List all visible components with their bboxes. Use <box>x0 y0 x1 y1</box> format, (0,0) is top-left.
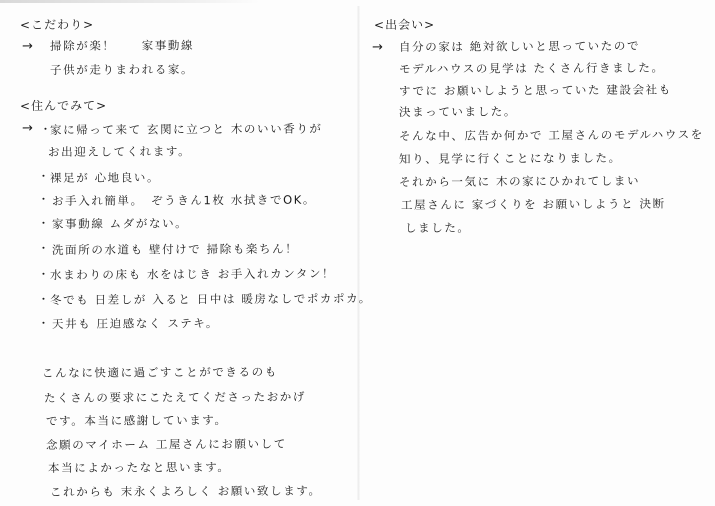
deai-line-6: 知り、見学に行くことになりました。 <box>399 153 622 166</box>
arrow-icon: → <box>22 40 33 53</box>
scan-edge-shadow <box>0 0 260 3</box>
arrow-icon: → <box>372 41 383 54</box>
deai-line-2: モデルハウスの見学は たくさん行きました。 <box>399 63 665 76</box>
deai-line-8: 工屋さんに 家づくりを お願いしようと 決断 <box>401 199 666 212</box>
experience-item-8: 天井も 圧迫感なく ステキ。 <box>52 318 219 330</box>
experience-item-5: 洗面所の水道も 壁付けで 掃除も楽ちん！ <box>52 244 298 257</box>
deai-line-9: しました。 <box>405 223 471 235</box>
bullet-icon: ・ <box>38 218 49 229</box>
section-heading-sundemite: <住んでみて> <box>20 100 107 112</box>
closing-line-6: これからも 末永くよろしく お願い致します。 <box>50 486 322 499</box>
closing-line-2: たくさんの要求にこたえてくださったおかげ <box>44 392 306 405</box>
section-heading-kodawari: <こだわり> <box>20 19 94 31</box>
experience-item-7: 冬でも 日差しが 入ると 日中は 暖房なしでポカポカ。 <box>50 293 372 306</box>
bullet-icon: ・ <box>38 243 49 254</box>
closing-line-3: です。本当に感謝しています。 <box>46 415 228 427</box>
closing-line-1: こんなに快適に過ごすことができるのも <box>42 367 278 380</box>
bullet-icon: ・ <box>38 294 49 305</box>
deai-line-1: 自分の家は 絶対欲しいと思っていたので <box>399 41 640 54</box>
deai-line-4: 決まっていました。 <box>399 106 517 118</box>
bullet-icon: ・ <box>38 318 49 329</box>
kodawari-line-1: 掃除が楽！ 家事動線 <box>50 40 194 52</box>
bullet-icon: ・ <box>38 194 49 205</box>
bullet-icon: ・ <box>38 269 49 280</box>
deai-line-3: すでに お願いしようと思っていた 建設会社も <box>399 85 672 98</box>
closing-line-5: 本当によかったなと思います。 <box>48 462 231 474</box>
bullet-icon: ・ <box>38 171 49 182</box>
scanned-document-page: <こだわり> → 掃除が楽！ 家事動線 子供が走りまわれる家。 <住んでみて> … <box>0 0 715 506</box>
arrow-icon: → <box>22 122 33 135</box>
experience-item-1-line-1: 家に帰って来て 玄関に立つと 木のいい香りが <box>50 124 323 137</box>
deai-line-5: そんな中、広告か何かで 工屋さんのモデルハウスを <box>399 129 704 142</box>
experience-item-2: 裸足が 心地良い。 <box>50 172 160 184</box>
deai-line-7: それから一気に 木の家にひかれてしまい <box>399 176 640 189</box>
experience-item-3: お手入れ簡単。 ぞうきん1枚 水拭きでOK。 <box>52 195 316 208</box>
kodawari-line-2: 子供が走りまわれる家。 <box>50 64 194 76</box>
experience-item-1-line-2: お出迎えしてくれます。 <box>48 146 191 158</box>
section-heading-deai: <出会い> <box>374 19 435 31</box>
experience-item-6: 水まわりの床も 水をはじき お手入れカンタン！ <box>50 269 335 282</box>
experience-item-4: 家事動線 ムダがない。 <box>52 218 188 230</box>
page-fold-divider <box>357 6 360 500</box>
closing-line-4: 念願のマイホーム 工屋さんにお願いして <box>46 439 287 452</box>
